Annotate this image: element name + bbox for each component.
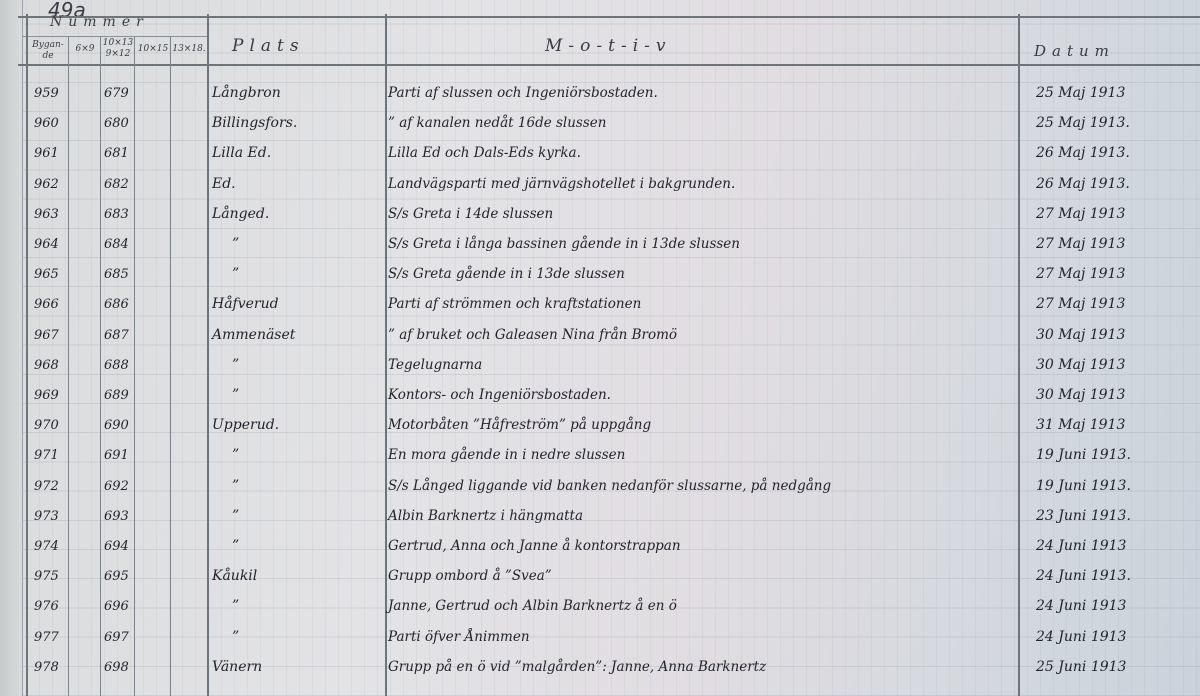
header-col-bygande: Bygan-de — [28, 40, 68, 62]
ledger-row: 973693”Albin Barknertz i hängmatta23 Jun… — [0, 502, 1200, 531]
row-number: 973 — [34, 502, 84, 531]
row-number-6x9: 689 — [104, 381, 154, 410]
row-number-6x9: 680 — [104, 109, 154, 138]
row-motiv: Albin Barknertz i hängmatta — [388, 502, 1013, 531]
nummer-subrule — [22, 36, 208, 37]
row-number: 965 — [34, 260, 84, 289]
row-number-6x9: 691 — [104, 441, 154, 470]
row-number: 972 — [34, 472, 84, 501]
row-number: 969 — [34, 381, 84, 410]
ledger-row: 968688”Tegelugnarna30 Maj 1913 — [0, 351, 1200, 380]
row-number-6x9: 694 — [104, 532, 154, 561]
row-number: 962 — [34, 170, 84, 199]
row-datum: 23 Juni 1913. — [1036, 502, 1200, 531]
ledger-row: 963683Långed.S/s Greta i 14de slussen27 … — [0, 200, 1200, 229]
ledger-row: 975695KåukilGrupp ombord å ”Svea”24 Juni… — [0, 562, 1200, 591]
header-plats: Plats — [232, 36, 305, 56]
row-datum: 19 Juni 1913. — [1036, 441, 1200, 470]
row-datum: 26 Maj 1913. — [1036, 139, 1200, 168]
row-datum: 30 Maj 1913 — [1036, 351, 1200, 380]
row-number: 977 — [34, 623, 84, 652]
row-number-6x9: 692 — [104, 472, 154, 501]
row-plats: Håfverud — [212, 290, 382, 319]
header-bottom-rule — [18, 64, 1200, 66]
row-motiv: Grupp ombord å ”Svea” — [388, 562, 1013, 591]
row-motiv: En mora gående in i nedre slussen — [388, 441, 1013, 470]
row-datum: 25 Juni 1913 — [1036, 653, 1200, 682]
row-plats: Vänern — [212, 653, 382, 682]
row-plats: ” — [232, 351, 402, 380]
header-col-13x18: 13×18. — [172, 44, 206, 55]
row-datum: 25 Maj 1913 — [1036, 79, 1200, 108]
row-motiv: Lilla Ed och Dals-Eds kyrka. — [388, 139, 1013, 168]
ledger-row: 964684”S/s Greta i långa bassinen gående… — [0, 230, 1200, 259]
row-datum: 24 Juni 1913 — [1036, 592, 1200, 621]
row-motiv: ” af bruket och Galeasen Nina från Bromö — [388, 321, 1013, 350]
row-number: 967 — [34, 321, 84, 350]
row-datum: 25 Maj 1913. — [1036, 109, 1200, 138]
row-number-6x9: 693 — [104, 502, 154, 531]
row-datum: 30 Maj 1913 — [1036, 321, 1200, 350]
ledger-row: 971691”En mora gående in i nedre slussen… — [0, 441, 1200, 470]
row-motiv: Grupp på en ö vid ”malgården”: Janne, An… — [388, 653, 1013, 682]
row-datum: 31 Maj 1913 — [1036, 411, 1200, 440]
row-plats: Billingsfors. — [212, 109, 382, 138]
row-datum: 19 Juni 1913. — [1036, 472, 1200, 501]
row-datum: 24 Juni 1913 — [1036, 532, 1200, 561]
row-datum: 30 Maj 1913 — [1036, 381, 1200, 410]
row-number-6x9: 682 — [104, 170, 154, 199]
ledger-row: 976696”Janne, Gertrud och Albin Barknert… — [0, 592, 1200, 621]
row-plats: ” — [232, 230, 402, 259]
row-motiv: Gertrud, Anna och Janne å kontorstrappan — [388, 532, 1013, 561]
ledger-row: 970690Upperud.Motorbåten ”Håfreström” på… — [0, 411, 1200, 440]
row-number: 960 — [34, 109, 84, 138]
header-nummer: Nummer — [50, 14, 149, 30]
row-number-6x9: 688 — [104, 351, 154, 380]
row-motiv: ” af kanalen nedåt 16de slussen — [388, 109, 1013, 138]
row-motiv: Motorbåten ”Håfreström” på uppgång — [388, 411, 1013, 440]
row-number-6x9: 695 — [104, 562, 154, 591]
row-motiv: S/s Långed liggande vid banken nedanför … — [388, 472, 1013, 501]
row-number: 966 — [34, 290, 84, 319]
row-plats: Ed. — [212, 170, 382, 199]
ledger-row: 977697”Parti öfver Ånimmen24 Juni 1913 — [0, 623, 1200, 652]
row-plats: Långed. — [212, 200, 382, 229]
row-datum: 27 Maj 1913 — [1036, 230, 1200, 259]
row-number: 970 — [34, 411, 84, 440]
row-motiv: Janne, Gertrud och Albin Barknertz å en … — [388, 592, 1013, 621]
row-plats: Ammenäset — [212, 321, 382, 350]
ledger-row: 969689”Kontors- och Ingeniörsbostaden.30… — [0, 381, 1200, 410]
ledger-row: 978698VänernGrupp på en ö vid ”malgården… — [0, 653, 1200, 682]
row-datum: 27 Maj 1913 — [1036, 290, 1200, 319]
row-motiv: Kontors- och Ingeniörsbostaden. — [388, 381, 1013, 410]
ledger-row: 961681Lilla Ed.Lilla Ed och Dals-Eds kyr… — [0, 139, 1200, 168]
header-col-10x15: 10×15 — [136, 44, 170, 55]
row-plats: Upperud. — [212, 411, 382, 440]
ledger-page: 49a Nummer Bygan-de 6×9 10×13 9×12 10×15… — [0, 0, 1200, 696]
row-number: 959 — [34, 79, 84, 108]
row-number-6x9: 698 — [104, 653, 154, 682]
ledger-row: 967687Ammenäset” af bruket och Galeasen … — [0, 321, 1200, 350]
header-datum: Datum — [1034, 42, 1115, 60]
row-number-6x9: 687 — [104, 321, 154, 350]
row-number-6x9: 681 — [104, 139, 154, 168]
row-number-6x9: 686 — [104, 290, 154, 319]
row-motiv: S/s Greta gående in i 13de slussen — [388, 260, 1013, 289]
row-motiv: Parti af strömmen och kraftstationen — [388, 290, 1013, 319]
row-number: 968 — [34, 351, 84, 380]
row-motiv: S/s Greta i 14de slussen — [388, 200, 1013, 229]
row-motiv: Landvägsparti med järnvägshotellet i bak… — [388, 170, 1013, 199]
row-number-6x9: 684 — [104, 230, 154, 259]
top-rule — [18, 16, 1200, 18]
row-plats: ” — [232, 381, 402, 410]
ledger-row: 960680Billingsfors.” af kanalen nedåt 16… — [0, 109, 1200, 138]
row-datum: 27 Maj 1913 — [1036, 200, 1200, 229]
ledger-row: 974694”Gertrud, Anna och Janne å kontors… — [0, 532, 1200, 561]
row-plats: ” — [232, 532, 402, 561]
ledger-row: 962682Ed.Landvägsparti med järnvägshotel… — [0, 170, 1200, 199]
row-motiv: Parti af slussen och Ingeniörsbostaden. — [388, 79, 1013, 108]
row-number: 978 — [34, 653, 84, 682]
row-number-6x9: 683 — [104, 200, 154, 229]
row-motiv: Parti öfver Ånimmen — [388, 623, 1013, 652]
row-datum: 24 Juni 1913. — [1036, 562, 1200, 591]
row-number-6x9: 696 — [104, 592, 154, 621]
row-plats: ” — [232, 623, 402, 652]
row-number-6x9: 685 — [104, 260, 154, 289]
row-datum: 27 Maj 1913 — [1036, 260, 1200, 289]
header-col-10x13: 10×13 9×12 — [102, 38, 134, 60]
row-plats: Kåukil — [212, 562, 382, 591]
row-number-6x9: 690 — [104, 411, 154, 440]
ledger-row: 966686HåfverudParti af strömmen och kraf… — [0, 290, 1200, 319]
row-plats: ” — [232, 472, 402, 501]
row-plats: ” — [232, 260, 402, 289]
row-number-6x9: 679 — [104, 79, 154, 108]
ledger-row: 972692”S/s Långed liggande vid banken ne… — [0, 472, 1200, 501]
row-number: 974 — [34, 532, 84, 561]
row-motiv: S/s Greta i långa bassinen gående in i 1… — [388, 230, 1013, 259]
row-number: 961 — [34, 139, 84, 168]
ledger-row: 965685”S/s Greta gående in i 13de slusse… — [0, 260, 1200, 289]
row-plats: Lilla Ed. — [212, 139, 382, 168]
row-plats: ” — [232, 441, 402, 470]
row-plats: ” — [232, 592, 402, 621]
row-number: 971 — [34, 441, 84, 470]
row-number-6x9: 697 — [104, 623, 154, 652]
row-plats: ” — [232, 502, 402, 531]
row-number: 975 — [34, 562, 84, 591]
row-datum: 26 Maj 1913. — [1036, 170, 1200, 199]
row-number: 963 — [34, 200, 84, 229]
row-number: 964 — [34, 230, 84, 259]
row-datum: 24 Juni 1913 — [1036, 623, 1200, 652]
row-plats: Långbron — [212, 79, 382, 108]
row-motiv: Tegelugnarna — [388, 351, 1013, 380]
header-motiv: M-o-t-i-v — [545, 36, 672, 56]
row-number: 976 — [34, 592, 84, 621]
header-col-6x9: 6×9 — [70, 44, 100, 55]
ledger-row: 959679LångbronParti af slussen och Ingen… — [0, 79, 1200, 108]
